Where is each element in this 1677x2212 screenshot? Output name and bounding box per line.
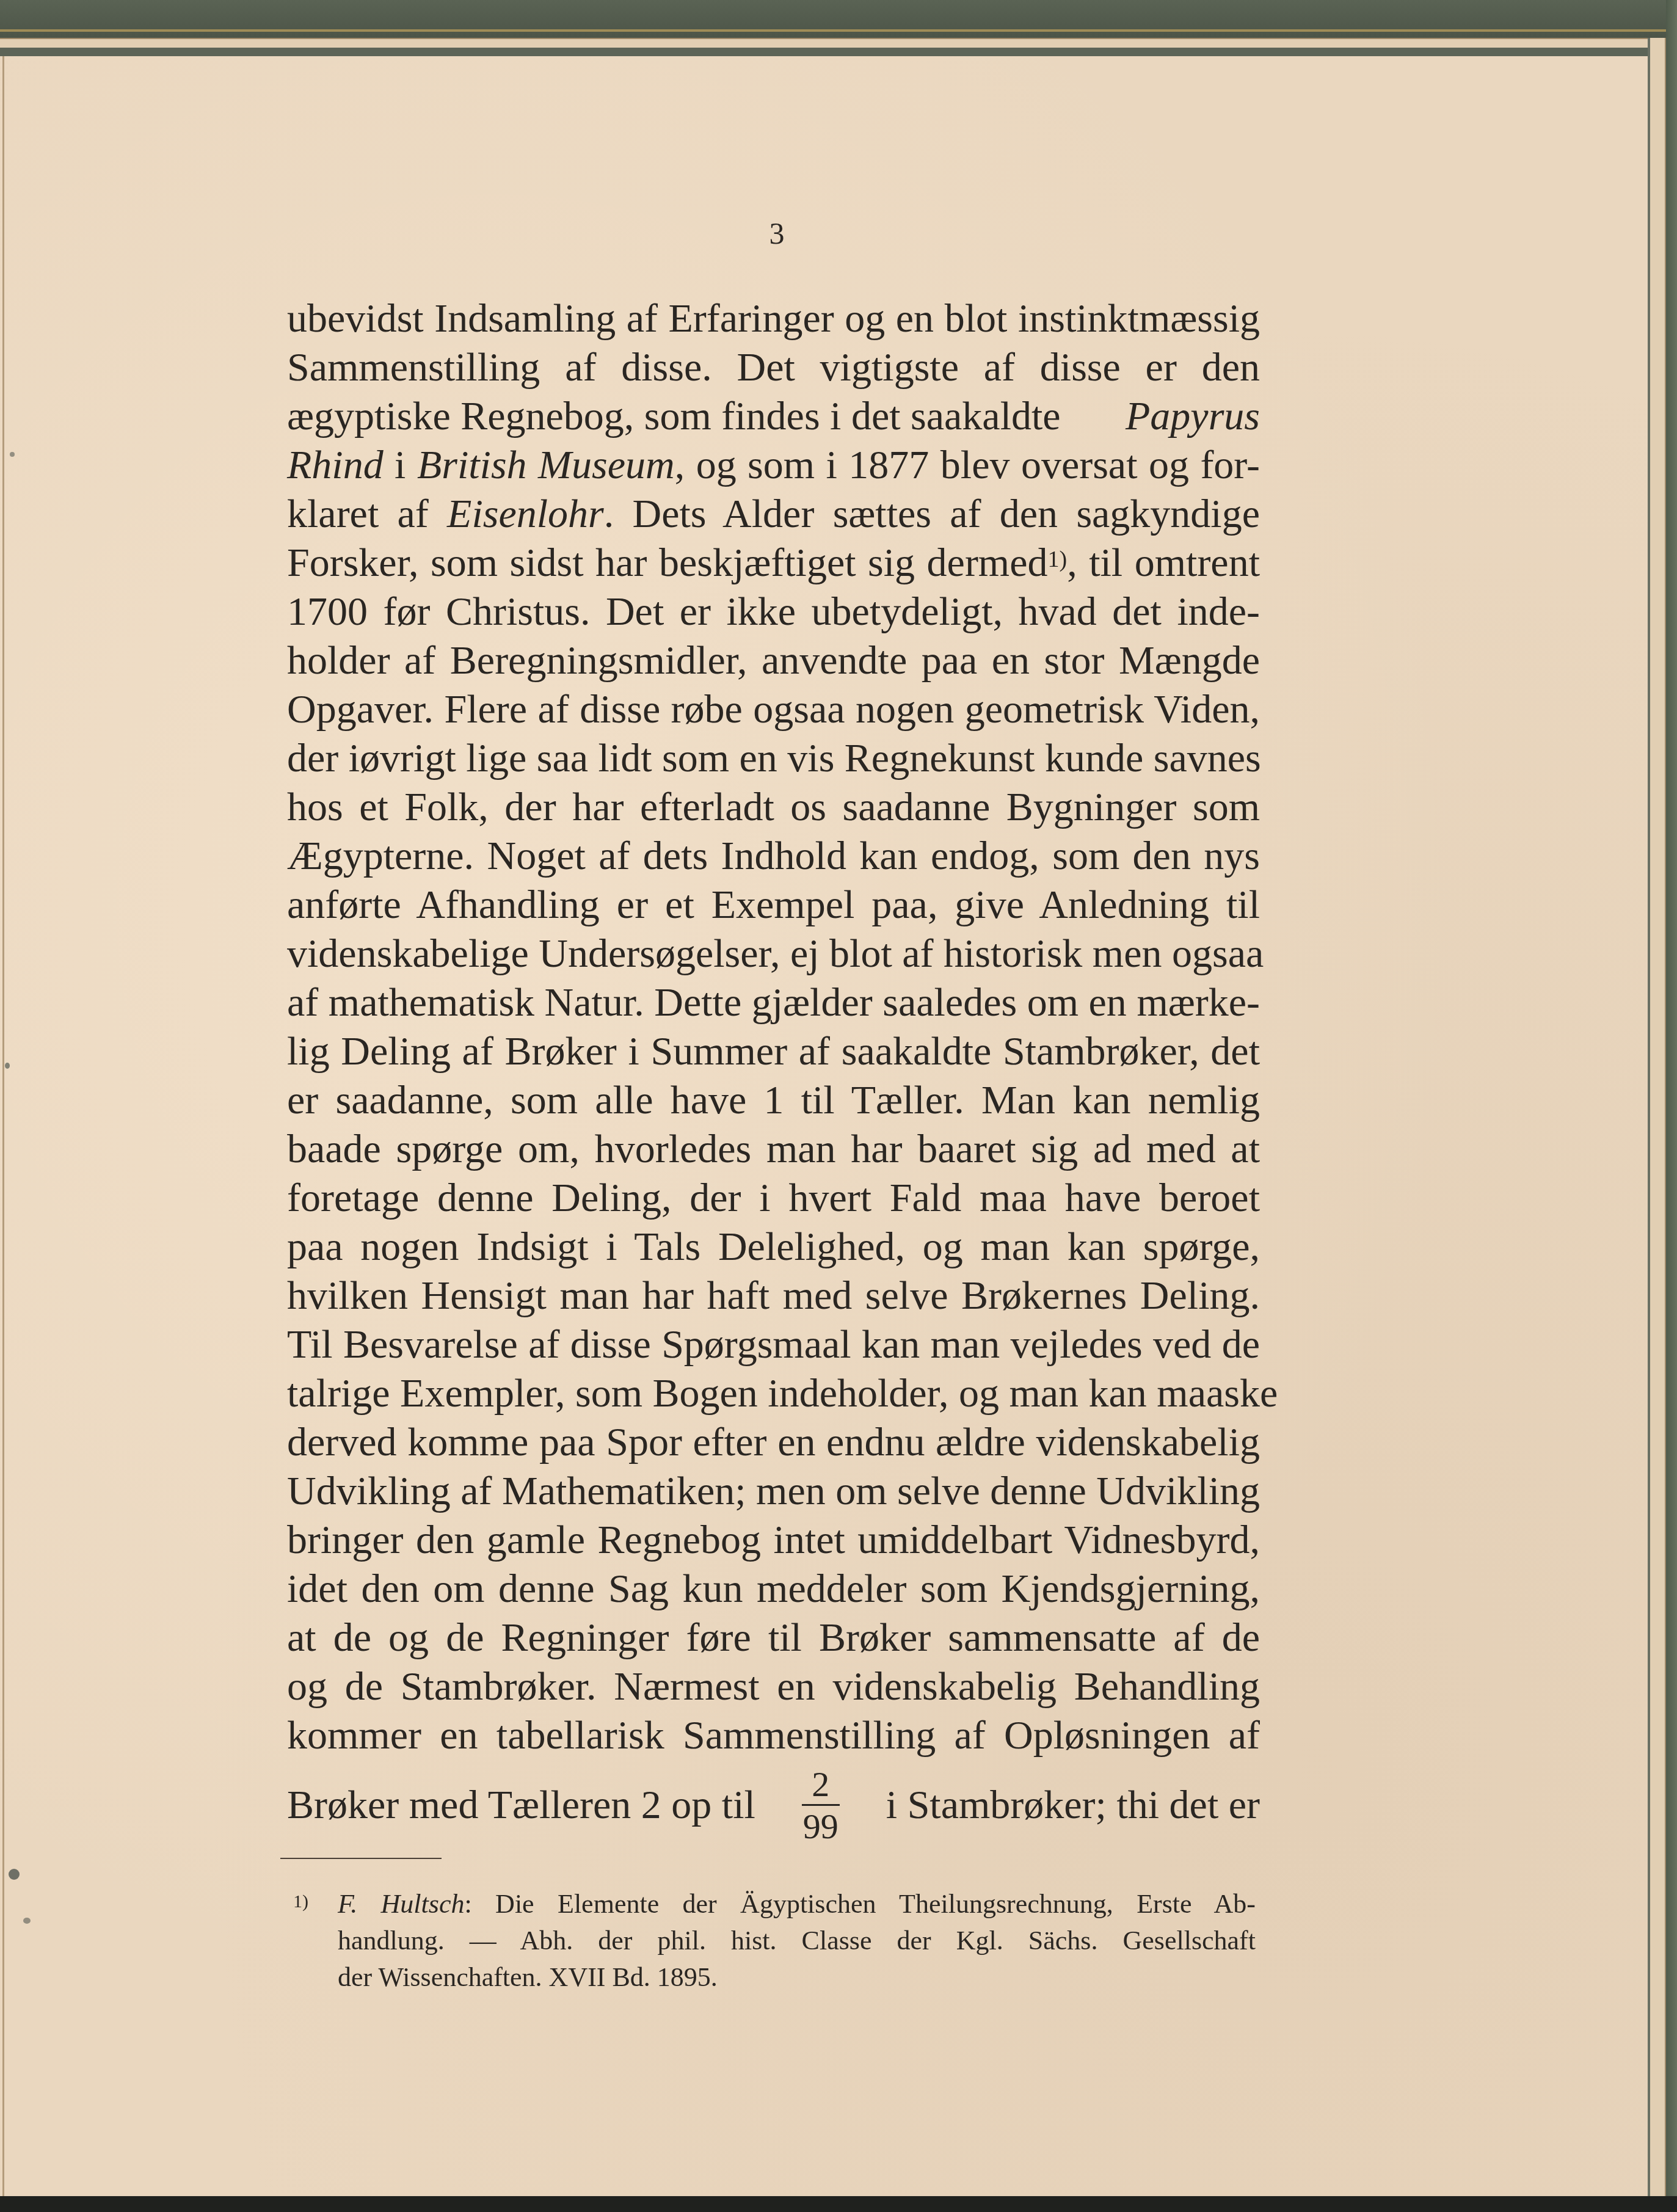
text-segment: Brøker med Tælleren 2 op til <box>287 1782 755 1828</box>
page-edge-right <box>1648 38 1666 2196</box>
footnote-author: F. Hultsch <box>338 1889 464 1919</box>
footnote-reference[interactable]: 1) <box>1048 547 1068 572</box>
text-line: videnskabelige Undersøgelser, ej blot af… <box>287 930 1260 978</box>
text-line: Ægypterne. Noget af dets Indhold kan end… <box>287 832 1260 881</box>
text-line: foretage denne Deling, der i hvert Fald … <box>287 1174 1260 1223</box>
text-segment: , til omtrent <box>1067 540 1260 585</box>
text-line-with-fraction: Brøker med Tælleren 2 op til 2 99 i Stam… <box>287 1763 1260 1848</box>
text-line: hvilken Hensigt man har haft med selve B… <box>287 1272 1260 1320</box>
text-line: paa nogen Indsigt i Tals Delelighed, og … <box>287 1223 1260 1272</box>
italic-term: British Museum <box>417 443 675 487</box>
text-line: klaret af Eisenlohr. Dets Alder sættes a… <box>287 490 1260 539</box>
text-segment: ægyptiske Regnebog, som findes i det saa… <box>287 392 1071 441</box>
text-segment: , og som i 1877 blev oversat og for- <box>675 443 1260 487</box>
page-number: 3 <box>716 215 838 252</box>
text-line: idet den om denne Sag kun meddeler som K… <box>287 1565 1260 1614</box>
text-line: 1700 før Christus. Det er ikke ubetydeli… <box>287 588 1260 636</box>
footnote-line: F. Hultsch: Die Elemente der Ägyptischen… <box>338 1886 1256 1923</box>
page-edge-top <box>0 38 1666 56</box>
fraction-denominator: 99 <box>801 1810 841 1844</box>
text-line: Udvikling af Mathematiken; men om selve … <box>287 1467 1260 1516</box>
paper-speck <box>5 1063 10 1069</box>
text-line: Forsker, som sidst har beskjæftiget sig … <box>287 539 1260 588</box>
book-cover-bottom <box>0 2196 1677 2212</box>
fraction-numerator: 2 <box>809 1767 832 1802</box>
italic-term: Papyrus <box>1126 392 1260 441</box>
footnote-line: handlung. — Abh. der phil. hist. Classe … <box>338 1923 1256 1959</box>
text-segment: Forsker, som sidst har beskjæftiget sig … <box>287 540 1048 585</box>
text-line: anførte Afhandling er et Exempel paa, gi… <box>287 881 1260 930</box>
footnote-number: 1) <box>293 1891 308 1912</box>
footnote-separator <box>280 1858 442 1859</box>
text-segment: i Stambrøker; thi det er <box>886 1782 1260 1828</box>
footnote-body: F. Hultsch: Die Elemente der Ägyptischen… <box>338 1886 1256 1996</box>
text-line: Rhind i British Museum, og som i 1877 bl… <box>287 441 1260 490</box>
paper-speck <box>9 1869 20 1880</box>
text-line: Sammenstilling af disse. Det vigtigste a… <box>287 343 1260 392</box>
text-segment: i <box>384 443 417 487</box>
text-line: derved komme paa Spor efter en endnu æld… <box>287 1418 1260 1467</box>
text-line: der iøvrigt lige saa lidt som en vis Reg… <box>287 734 1260 783</box>
text-line: er saadanne, som alle have 1 til Tæller.… <box>287 1076 1260 1125</box>
text-line: bringer den gamle Regnebog intet umiddel… <box>287 1516 1260 1565</box>
text-line: Opgaver. Flere af disse røbe ogsaa nogen… <box>287 685 1260 734</box>
text-line: ubevidst Indsamling af Erfaringer og en … <box>287 294 1260 343</box>
text-segment: : Die Elemente der Ägyptischen Theilungs… <box>464 1889 1256 1919</box>
text-line: baade spørge om, hvorledes man har baare… <box>287 1125 1260 1174</box>
book-cover-right <box>1666 0 1677 2212</box>
paper-speck <box>23 1918 31 1924</box>
fraction-bar <box>802 1804 840 1806</box>
text-line: at de og de Regninger føre til Brøker sa… <box>287 1614 1260 1662</box>
text-line: kommer en tabellarisk Sammenstilling af … <box>287 1711 1260 1760</box>
text-line: Til Besvarelse af disse Spørgsmaal kan m… <box>287 1320 1260 1369</box>
body-text: ubevidst Indsamling af Erfaringer og en … <box>287 294 1260 1848</box>
text-line: ægyptiske Regnebog, som findes i det saa… <box>287 392 1260 441</box>
italic-term: Rhind <box>287 443 384 487</box>
text-line: og de Stambrøker. Nærmest en videnskabel… <box>287 1662 1260 1711</box>
text-line: talrige Exempler, som Bogen indeholder, … <box>287 1369 1260 1418</box>
paper-speck <box>10 452 15 457</box>
footnote-line: der Wissenchaften. XVII Bd. 1895. <box>338 1959 1256 1996</box>
italic-term: Eisenlohr <box>447 492 604 536</box>
page-gutter-edge <box>2 56 4 2196</box>
text-line: af mathematisk Natur. Dette gjælder saal… <box>287 978 1260 1027</box>
fraction: 2 99 <box>801 1767 841 1844</box>
text-line: holder af Beregningsmidler, anvendte paa… <box>287 636 1260 685</box>
cover-gilt-line <box>0 29 1677 32</box>
text-line: lig Deling af Brøker i Summer af saakald… <box>287 1027 1260 1076</box>
text-segment: . Dets Alder sættes af den sagkyndige <box>604 492 1260 536</box>
text-line: hos et Folk, der har efterladt os saadan… <box>287 783 1260 832</box>
text-segment: klaret af <box>287 492 447 536</box>
footnote-marker: 1) <box>293 1886 308 1929</box>
